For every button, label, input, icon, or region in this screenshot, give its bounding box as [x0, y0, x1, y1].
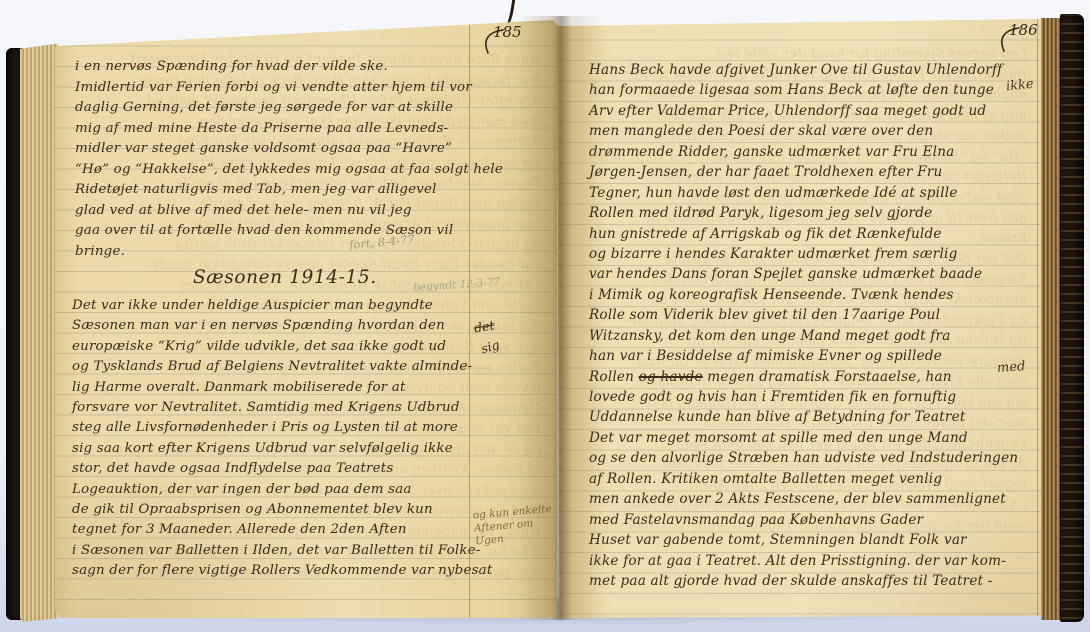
handwritten-line: i en nervøs Spænding for hvad der vilde …	[75, 57, 503, 78]
margin-rule	[1037, 14, 1038, 618]
handwritten-line: og bizarre i hendes Karakter udmærket fr…	[589, 244, 1018, 264]
handwritten-line: men ankede over 2 Akts Festscene, der bl…	[589, 489, 1018, 509]
handwritten-line: mig af med mine Heste da Priserne paa al…	[75, 119, 503, 140]
handwritten-line: de gik til Opraabsprisen og Abonnementet…	[72, 500, 492, 520]
page-number-right: 186	[1009, 21, 1038, 39]
handwritten-line: met paa alt gjorde hvad der skulde anska…	[589, 571, 1018, 591]
handwritten-line: lig Harme overalt. Danmark mobiliserede …	[72, 378, 492, 398]
paragraph-top: i en nervøs Spænding for hvad der vilde …	[75, 57, 503, 262]
page-stack-right	[1041, 18, 1062, 620]
handwritten-line: Witzansky, det kom den unge Mand meget g…	[589, 326, 1018, 346]
handwritten-line: lovede godt og hvis han i Fremtiden fik …	[589, 387, 1018, 407]
handwritten-line: Logeauktion, der var ingen der bød paa d…	[72, 480, 492, 500]
handwritten-line: Tegner, hun havde løst den udmærkede Idé…	[589, 183, 1018, 203]
paragraph-main: Hans Beck havde afgivet Junker Ove til G…	[589, 60, 1018, 591]
handwritten-line: af Rollen. Kritiken omtalte Balletten me…	[589, 469, 1018, 489]
handwritten-line: Det var meget morsomt at spille med den …	[589, 428, 1018, 448]
handwritten-line: ikke for at gaa i Teatret. Alt den Priss…	[589, 551, 1018, 571]
handwritten-line: tegnet for 3 Maaneder. Allerede den 2den…	[72, 520, 492, 540]
page-number-flourish-icon	[481, 28, 511, 56]
paragraph-season: Det var ikke under heldige Auspicier man…	[72, 296, 492, 581]
handwritten-line: Arv efter Valdemar Price, Uhlendorff saa…	[589, 101, 1018, 121]
handwritten-line: han formaaede ligesaa som Hans Beck at l…	[589, 80, 1018, 100]
left-page: Hans Beck havde afgivet Junker Ove til G…	[55, 20, 557, 618]
page-number-left: 185	[493, 23, 522, 41]
handwritten-line: Ridetøjet naturligvis med Tab, men jeg v…	[75, 180, 503, 201]
book-scan: Hans Beck havde afgivet Junker Ove til G…	[0, 0, 1090, 632]
handwritten-line: Jørgen-Jensen, der har faaet Troldhexen …	[589, 162, 1018, 182]
right-page: i en nervøs Spænding for hvad der vilde …	[557, 14, 1043, 618]
handwritten-line: sagn der for flere vigtige Rollers Vedko…	[72, 561, 492, 581]
handwritten-line: Det var ikke under heldige Auspicier man…	[72, 296, 492, 316]
handwritten-line: og se den alvorlige Stræben han udviste …	[589, 448, 1018, 468]
handwritten-line: gaa over til at fortælle hvad den kommen…	[75, 221, 503, 242]
handwritten-line: hun gnistrede af Arrigskab og fik det Ræ…	[589, 224, 1018, 244]
handwritten-line: glad ved at blive af med det hele- men n…	[75, 201, 503, 222]
handwritten-line: drømmende Ridder, ganske udmærket var Fr…	[589, 142, 1018, 162]
handwritten-line: Huset var gabende tomt, Stemningen bland…	[589, 530, 1018, 550]
handwritten-line: med Fastelavnsmandag paa Københavns Gade…	[589, 510, 1018, 530]
handwritten-line: sig saa kort efter Krigens Udbrud var se…	[72, 439, 492, 459]
handwritten-line: Imidlertid var Ferien forbi og vi vendte…	[75, 78, 503, 99]
handwritten-line: Hans Beck havde afgivet Junker Ove til G…	[589, 60, 1018, 80]
margin-correction-struck: det	[473, 317, 496, 335]
section-heading: Sæsonen 1914-15.	[193, 267, 377, 288]
page-number-flourish-icon	[997, 26, 1027, 54]
handwritten-line: men manglede den Poesi der skal være ove…	[589, 121, 1018, 141]
handwritten-line: stor, det havde ogsaa Indflydelse paa Te…	[72, 459, 492, 479]
handwritten-line: europæiske “Krig” vilde udvikle, det saa…	[72, 337, 492, 357]
handwritten-line: Rollen med ildrød Paryk, ligesom jeg sel…	[589, 203, 1018, 223]
book-cover-edge-right	[1060, 14, 1084, 622]
handwritten-line: Sæsonen man var i en nervøs Spænding hvo…	[72, 316, 492, 336]
handwritten-line: i Sæsonen var Balletten i Ilden, det var…	[72, 541, 492, 561]
margin-correction-ikke: ikke	[1005, 77, 1034, 95]
handwritten-line: midler var steget ganske voldsomt ogsaa …	[75, 139, 503, 160]
handwritten-line: i Mimik og koreografisk Henseende. Tvænk…	[589, 285, 1018, 305]
handwritten-line: og Tysklands Brud af Belgiens Nevtralite…	[72, 357, 492, 377]
handwritten-line: steg alle Livsfornødenheder i Pris og Ly…	[72, 418, 492, 438]
page-stack-left	[20, 40, 58, 622]
handwritten-line: Rolle som Viderik blev givet til den 17a…	[589, 305, 1018, 325]
margin-correction-med: med	[997, 359, 1026, 376]
handwritten-line: forsvare vor Nevtralitet. Samtidig med K…	[72, 398, 492, 418]
handwritten-line: han var i Besiddelse af mimiske Evner og…	[589, 346, 1018, 366]
handwritten-line: daglig Gerning, det første jeg sørgede f…	[75, 98, 503, 119]
handwritten-line: Rollen og havde megen dramatisk Forstaae…	[589, 367, 1018, 387]
margin-note-evenings: og kun enkelte Aftener om Ugen	[472, 502, 558, 548]
handwritten-line: “Hø” og “Hakkelse”, det lykkedes mig ogs…	[75, 160, 503, 181]
handwritten-line: var hendes Dans foran Spejlet ganske udm…	[589, 264, 1018, 284]
handwritten-line: Uddannelse kunde han blive af Betydning …	[589, 407, 1018, 427]
handwritten-line: bringe.	[75, 242, 503, 263]
